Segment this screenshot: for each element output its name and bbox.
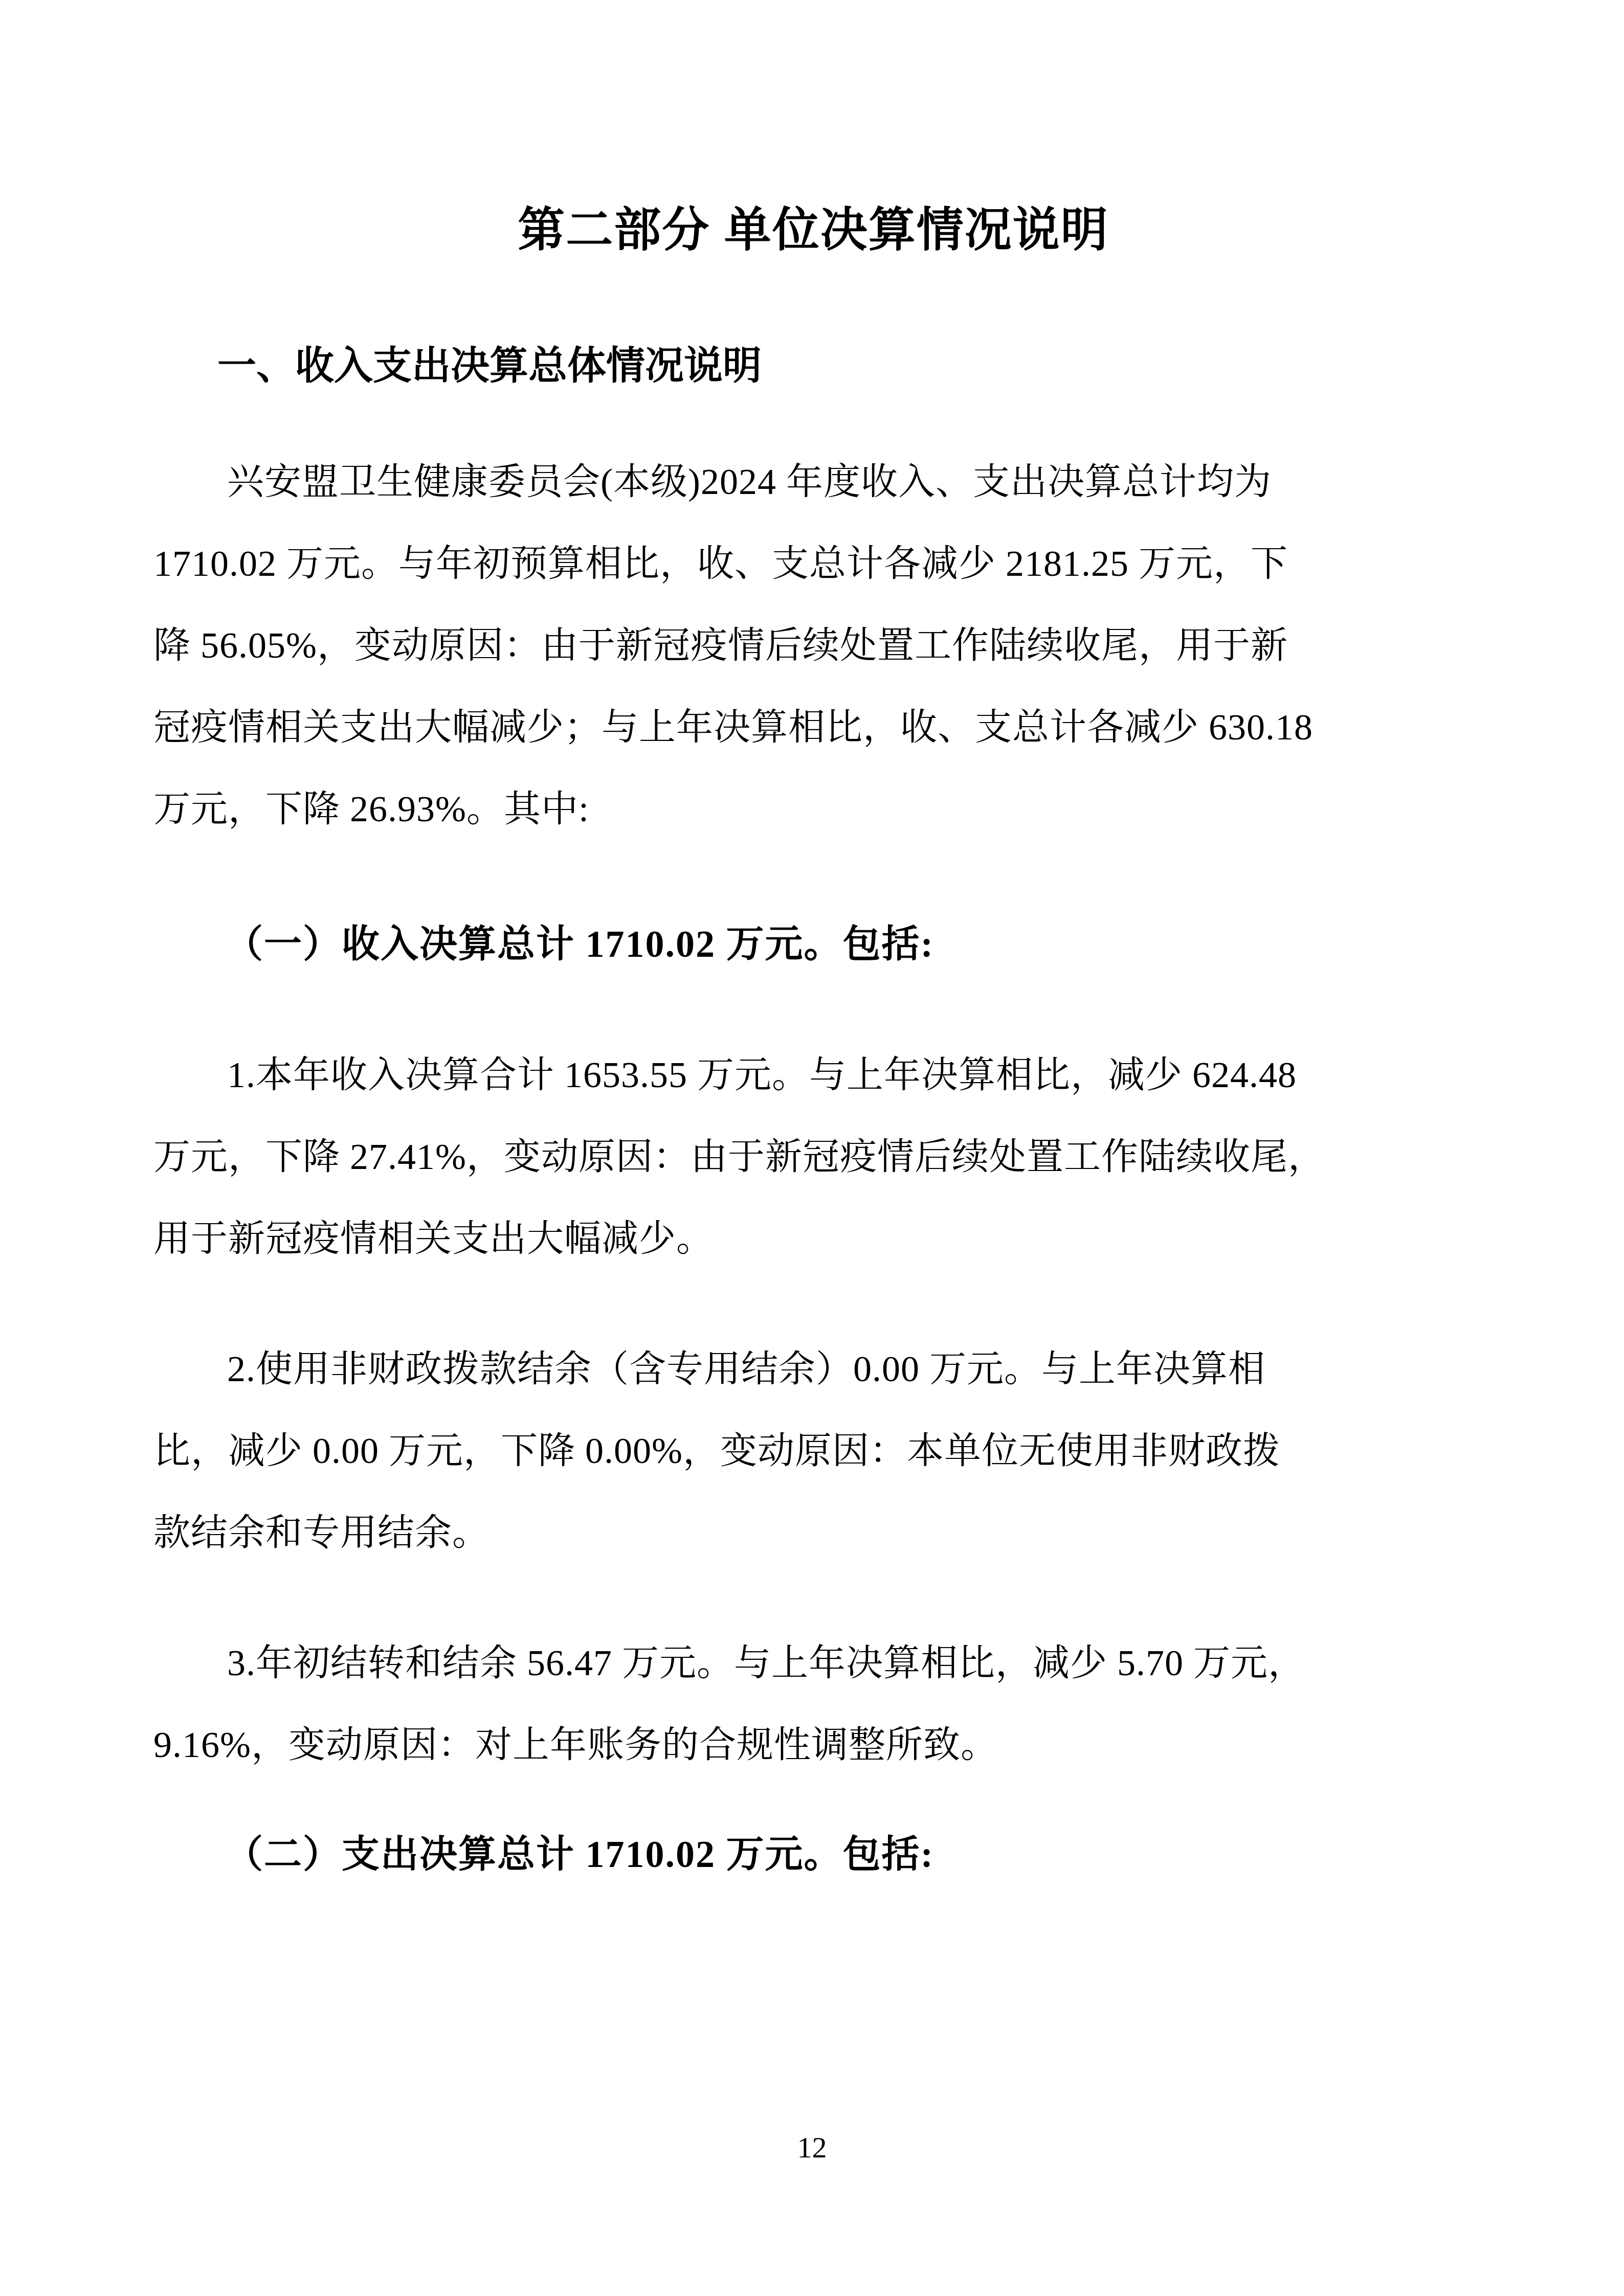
subsection-heading-expenditure-total: （二）支出决算总计 1710.02 万元。包括: <box>153 1814 1473 1896</box>
paragraph-line: 1710.02 万元。与年初预算相比，收、支总计各减少 2181.25 万元，下 <box>153 523 1473 604</box>
paragraph-line: 用于新冠疫情相关支出大幅减少。 <box>153 1198 1473 1279</box>
paragraph-income-item-3: 3.年初结转和结余 56.47 万元。与上年决算相比，减少 5.70 万元， 9… <box>153 1622 1473 1786</box>
page-number: 12 <box>0 2130 1624 2166</box>
document-page: 第二部分 单位决算情况说明 一、收入支出决算总体情况说明 兴安盟卫生健康委员会(… <box>0 0 1624 2296</box>
paragraph-income-item-2: 2.使用非财政拨款结余（含专用结余）0.00 万元。与上年决算相 比，减少 0.… <box>153 1328 1473 1573</box>
paragraph-line: 万元，下降 27.41%，变动原因：由于新冠疫情后续处置工作陆续收尾， <box>153 1116 1473 1198</box>
section-heading-overview: 一、收入支出决算总体情况说明 <box>153 343 1473 390</box>
document-title: 第二部分 单位决算情况说明 <box>153 202 1473 258</box>
subsection-heading-income-total: （一）收入决算总计 1710.02 万元。包括: <box>153 904 1473 985</box>
paragraph-line: 兴安盟卫生健康委员会(本级)2024 年度收入、支出决算总计均为 <box>153 441 1473 523</box>
paragraph-line: 1.本年收入决算合计 1653.55 万元。与上年决算相比，减少 624.48 <box>153 1034 1473 1116</box>
paragraph-income-item-1: 1.本年收入决算合计 1653.55 万元。与上年决算相比，减少 624.48 … <box>153 1034 1473 1279</box>
paragraph-overview: 兴安盟卫生健康委员会(本级)2024 年度收入、支出决算总计均为 1710.02… <box>153 441 1473 850</box>
paragraph-line: 9.16%，变动原因：对上年账务的合规性调整所致。 <box>153 1704 1473 1786</box>
paragraph-line: 降 56.05%，变动原因：由于新冠疫情后续处置工作陆续收尾，用于新 <box>153 604 1473 686</box>
paragraph-line: 3.年初结转和结余 56.47 万元。与上年决算相比，减少 5.70 万元， <box>153 1622 1473 1704</box>
paragraph-line: 比，减少 0.00 万元，下降 0.00%，变动原因：本单位无使用非财政拨 <box>153 1410 1473 1492</box>
paragraph-line: 冠疫情相关支出大幅减少；与上年决算相比，收、支总计各减少 630.18 <box>153 686 1473 768</box>
paragraph-line: 2.使用非财政拨款结余（含专用结余）0.00 万元。与上年决算相 <box>153 1328 1473 1410</box>
paragraph-line: 款结余和专用结余。 <box>153 1492 1473 1573</box>
paragraph-line: 万元，下降 26.93%。其中: <box>153 768 1473 850</box>
